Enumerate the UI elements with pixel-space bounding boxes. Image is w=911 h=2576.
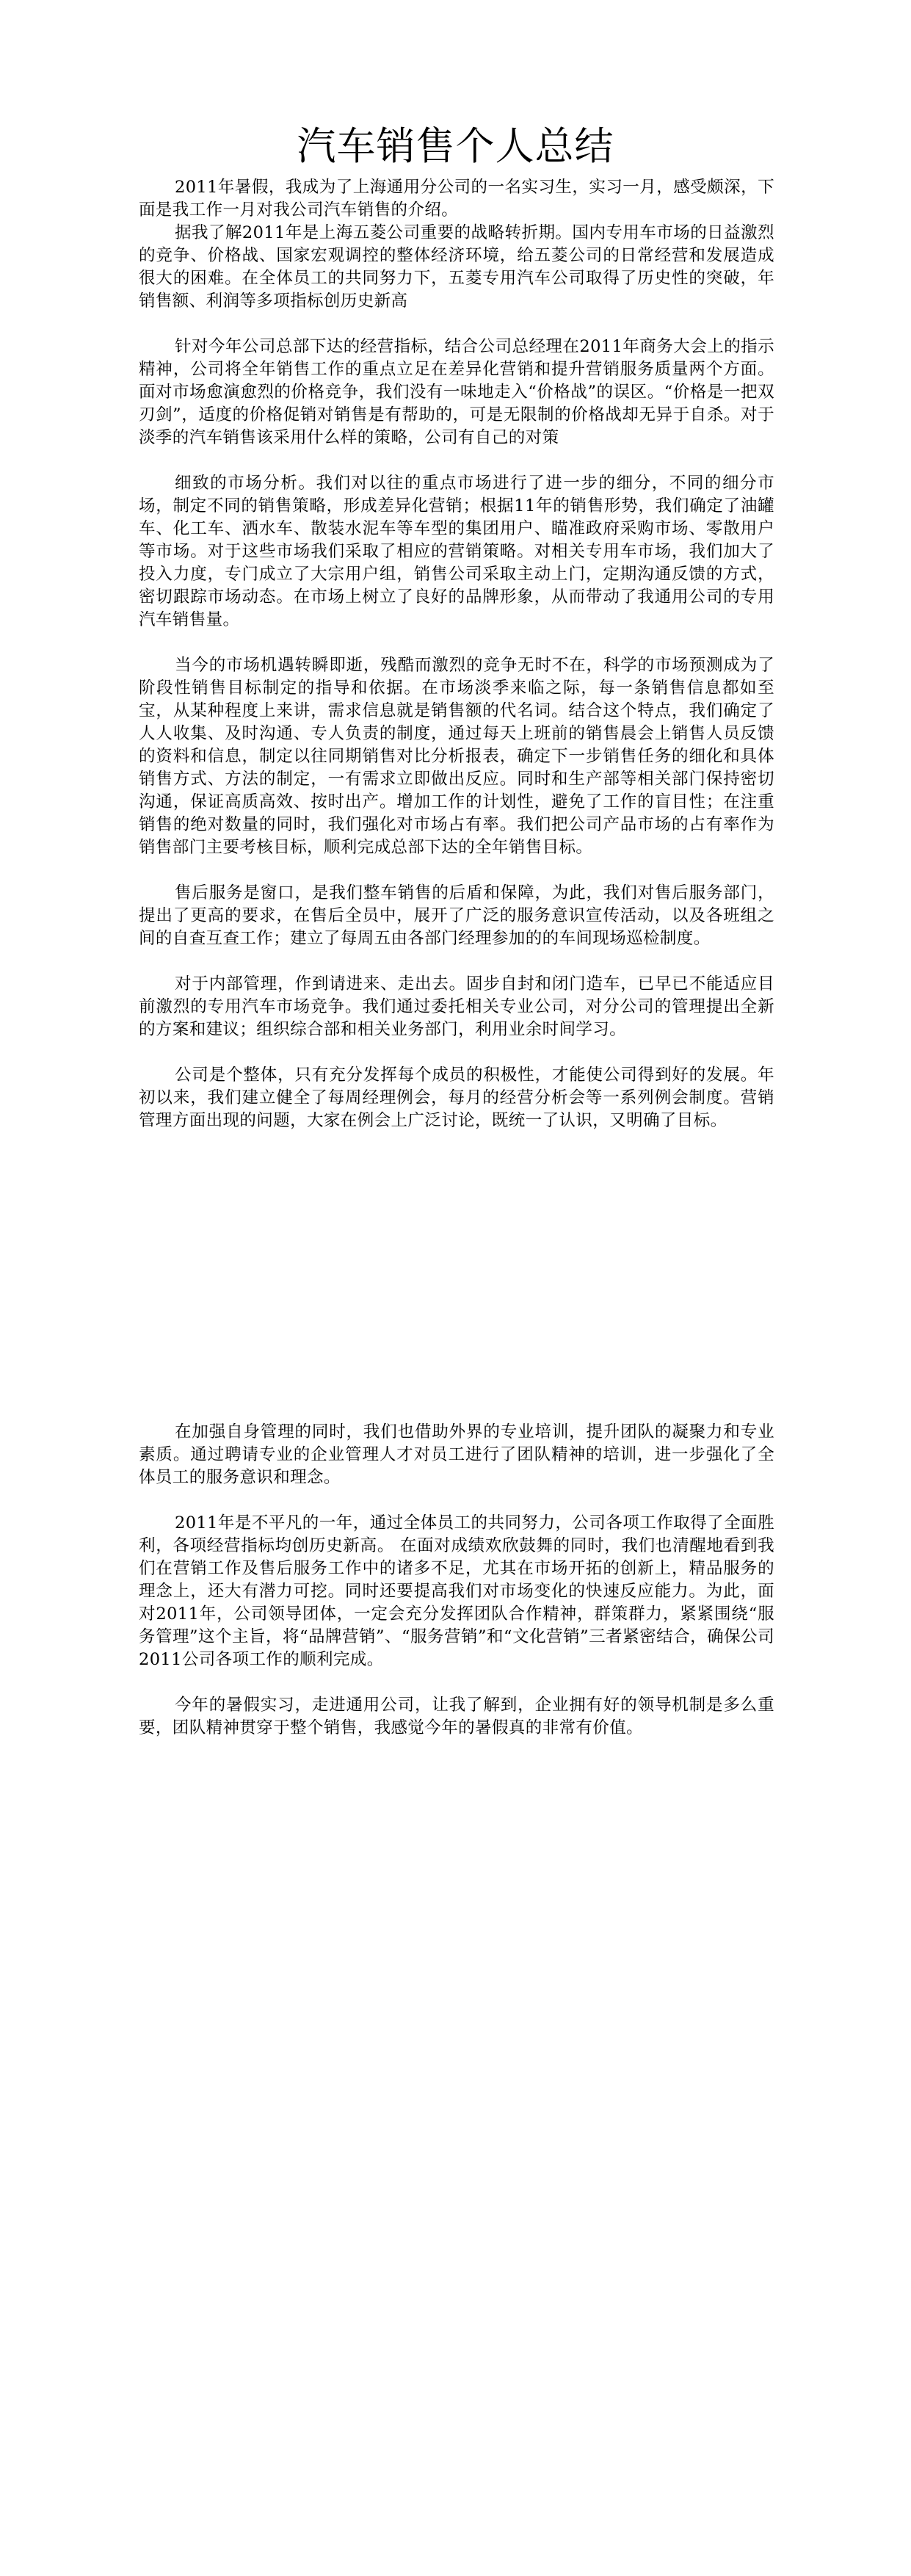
paragraph-spacer [139, 859, 774, 882]
paragraph-teamwork: 公司是个整体，只有充分发挥每个成员的积极性，才能使公司得到好的发展。年初以来，我… [139, 1064, 774, 1132]
document-title: 汽车销售个人总结 [0, 123, 911, 170]
document-body-section-2: 在加强自身管理的同时，我们也借助外界的专业培训，提升团队的凝聚力和专业素质。通过… [139, 1421, 774, 1740]
paragraph-conclusion: 今年的暑假实习，走进通用公司，让我了解到，企业拥有好的领导机制是多么重要，团队精… [139, 1694, 774, 1740]
paragraph-spacer [139, 1489, 774, 1512]
paragraph-strategy: 针对今年公司总部下达的经营指标，结合公司总经理在2011年商务大会上的指示精神，… [139, 336, 774, 449]
paragraph-internal-management: 对于内部管理，作到请进来、走出去。固步自封和闭门造车，已早已不能适应目前激烈的专… [139, 973, 774, 1041]
document-body-section-1: 2011年暑假，我成为了上海通用分公司的一名实习生，实习一月，感受颇深，下面是我… [139, 176, 774, 1132]
paragraph-spacer [139, 1041, 774, 1064]
paragraph-spacer [139, 449, 774, 472]
paragraph-intro: 2011年暑假，我成为了上海通用分公司的一名实习生，实习一月，感受颇深，下面是我… [139, 176, 774, 222]
document-page: 汽车销售个人总结 2011年暑假，我成为了上海通用分公司的一名实习生，实习一月，… [0, 0, 911, 2576]
paragraph-market-analysis: 细致的市场分析。我们对以往的重点市场进行了进一步的细分，不同的细分市场，制定不同… [139, 472, 774, 632]
paragraph-annual-review: 2011年是不平凡的一年，通过全体员工的共同努力，公司各项工作取得了全面胜利，各… [139, 1512, 774, 1671]
paragraph-market-forecast: 当今的市场机遇转瞬即逝，残酷而激烈的竞争无时不在，科学的市场预测成为了阶段性销售… [139, 654, 774, 859]
paragraph-after-sales: 售后服务是窗口，是我们整车销售的后盾和保障，为此，我们对售后服务部门，提出了更高… [139, 882, 774, 950]
paragraph-spacer [139, 1671, 774, 1694]
paragraph-spacer [139, 313, 774, 336]
paragraph-spacer [139, 632, 774, 654]
paragraph-training: 在加强自身管理的同时，我们也借助外界的专业培训，提升团队的凝聚力和专业素质。通过… [139, 1421, 774, 1489]
paragraph-spacer [139, 950, 774, 973]
paragraph-background: 据我了解2011年是上海五菱公司重要的战略转折期。国内专用车市场的日益激烈的竞争… [139, 222, 774, 313]
